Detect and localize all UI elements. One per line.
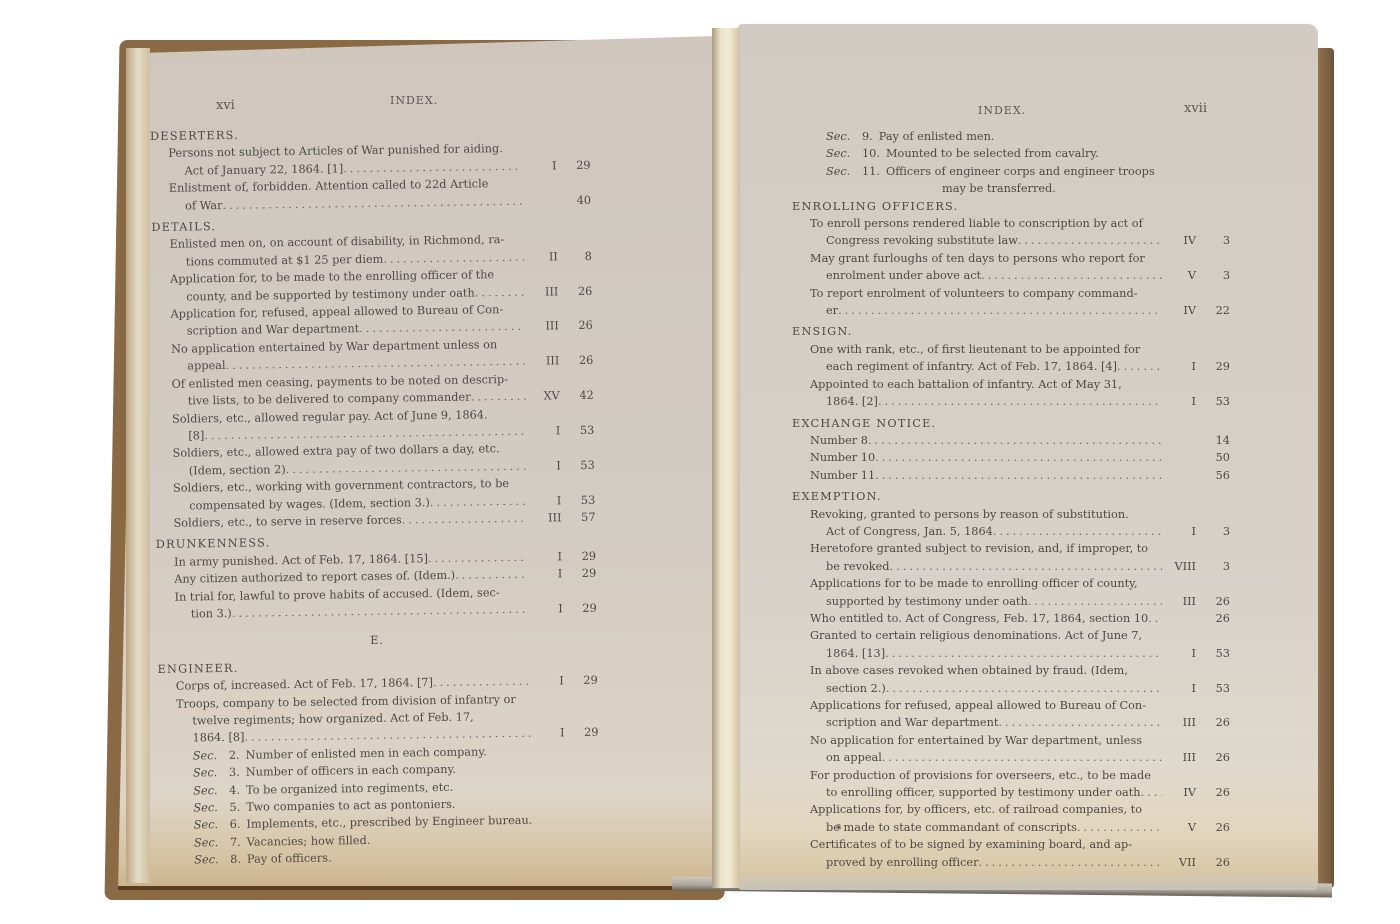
volume-number: I xyxy=(527,492,561,510)
index-entry: May grant furloughs of ten days to perso… xyxy=(792,250,1230,285)
index-entry: Granted to certain religious denominatio… xyxy=(792,627,1230,662)
index-entry: Troops, company to be selected from divi… xyxy=(158,689,599,747)
index-entry-line: In above cases revoked when obtained by … xyxy=(792,662,1230,679)
right-running-head: INDEX. xyxy=(978,104,1026,117)
index-entry: Number 1156 xyxy=(792,467,1230,484)
leader-dots xyxy=(885,645,1162,662)
entry-text: Granted to certain religious denominatio… xyxy=(810,627,1142,644)
entry-text: Applications for to be made to enrolling… xyxy=(810,575,1138,592)
volume-number: VIII xyxy=(1162,558,1196,575)
entry-text: Number 10 xyxy=(810,449,875,466)
entry-text: Applications for refused, appeal allowed… xyxy=(810,697,1146,714)
index-entry-line: be revokedVIII3 xyxy=(792,558,1230,575)
entry-text: (Idem, section 2) xyxy=(189,461,286,480)
leader-dots xyxy=(475,283,525,301)
leader-dots xyxy=(868,432,1162,449)
index-entry-line: Congress revoking substitute lawIV3 xyxy=(792,232,1230,249)
index-entry-line: Applications for refused, appeal allowed… xyxy=(792,697,1230,714)
entry-text: be made to state commandant of conscript… xyxy=(826,819,1077,836)
entry-text: supported by testimony under oath xyxy=(826,593,1028,610)
sec-number: 8. xyxy=(230,851,241,869)
section-heading: EXEMPTION. xyxy=(792,488,1230,505)
sec-label: Sec. xyxy=(826,163,862,180)
entry-text: 1864. [8] xyxy=(192,729,244,747)
volume-number: IV xyxy=(1162,784,1196,801)
leader-dots xyxy=(433,673,530,692)
volume-number xyxy=(1162,432,1196,449)
page-number: 40 xyxy=(557,191,591,209)
section-heading: ENROLLING OFFICERS. xyxy=(792,198,1230,215)
volume-number: I xyxy=(528,565,562,583)
sec-label: Sec. xyxy=(194,834,230,852)
index-entry: Number 1050 xyxy=(792,449,1230,466)
entry-text: Soldiers, etc., to serve in reserve forc… xyxy=(173,511,401,532)
sec-label: Sec. xyxy=(194,851,230,869)
volume-number: I xyxy=(1162,393,1196,410)
volume-number: I xyxy=(522,157,556,175)
section-heading: EXCHANGE NOTICE. xyxy=(792,415,1230,432)
page-number: 26 xyxy=(1196,749,1230,766)
entry-text: tion 3.) xyxy=(191,605,232,623)
index-entry-line: Number 1156 xyxy=(792,467,1230,484)
sub-section-continuation: may be transferred. xyxy=(792,180,1230,197)
leader-dots xyxy=(1117,358,1162,375)
entry-text: enrolment under above act xyxy=(826,267,981,284)
page-number: 53 xyxy=(1196,645,1230,662)
entry-text: Number 8 xyxy=(810,432,868,449)
volume-number: I xyxy=(1162,523,1196,540)
volume-number: III xyxy=(1162,749,1196,766)
index-entry-line: For production of provisions for oversee… xyxy=(792,767,1230,784)
page-number: 53 xyxy=(560,422,594,440)
page-number: 26 xyxy=(1196,714,1230,731)
sec-label: Sec. xyxy=(193,782,229,800)
page-number: 26 xyxy=(1196,784,1230,801)
sec-label: Sec. xyxy=(193,799,229,817)
sec-text: Pay of officers. xyxy=(247,850,332,869)
index-entry-line: erIV22 xyxy=(792,302,1230,319)
volume-number xyxy=(1162,467,1196,484)
index-entry: Number 814 xyxy=(792,432,1230,449)
leader-dots xyxy=(402,510,528,529)
index-entry-line: enrolment under above actV3 xyxy=(792,267,1230,284)
sec-number: 5. xyxy=(229,799,240,817)
entry-text: In above cases revoked when obtained by … xyxy=(810,662,1128,679)
entry-text: to enrolling officer, supported by testi… xyxy=(826,784,1141,801)
entry-text: Number 11 xyxy=(810,467,875,484)
entry-text: One with rank, etc., of first lieutenant… xyxy=(810,341,1140,358)
index-entry: To enroll persons rendered liable to con… xyxy=(792,215,1230,250)
index-entry-line: May grant furloughs of ten days to perso… xyxy=(792,250,1230,267)
entry-text: [8] xyxy=(188,427,204,445)
left-binding-strip xyxy=(126,48,150,883)
entry-text: Certificates of to be signed by examinin… xyxy=(810,836,1132,853)
entry-text: Congress revoking substitute law xyxy=(826,232,1018,249)
volume-number: I xyxy=(526,422,560,440)
sec-number: 10. xyxy=(862,145,880,162)
volume-number: I xyxy=(530,672,564,690)
index-entry: Applications for to be made to enrolling… xyxy=(792,575,1230,610)
sub-section-item: Sec.9.Pay of enlisted men. xyxy=(792,128,1230,145)
index-entry: Who entitled to. Act of Congress, Feb. 1… xyxy=(792,610,1230,627)
volume-number: XV xyxy=(526,387,560,405)
volume-number: III xyxy=(525,318,559,336)
leader-dots xyxy=(1141,784,1162,801)
sec-text: Vacancies; how filled. xyxy=(247,832,371,851)
sec-text: Pay of enlisted men. xyxy=(879,128,995,145)
left-running-head: INDEX. xyxy=(390,94,438,107)
entry-text: Appointed to each battalion of infantry.… xyxy=(810,376,1122,393)
right-index-column: Sec.9.Pay of enlisted men.Sec.10.Mounted… xyxy=(792,128,1230,875)
leader-dots xyxy=(1028,593,1162,610)
sec-number: 2. xyxy=(229,747,240,765)
page-number: 8 xyxy=(558,248,592,266)
entry-text: For production of provisions for oversee… xyxy=(810,767,1151,784)
section-heading: ENSIGN. xyxy=(792,323,1230,340)
leader-dots xyxy=(838,302,1162,319)
letter-divider: E. xyxy=(157,629,597,653)
index-entry-line: Applications for to be made to enrolling… xyxy=(792,575,1230,592)
sec-label: Sec. xyxy=(826,128,862,145)
sec-label: Sec. xyxy=(194,816,230,834)
index-entry-line: Act of Congress, Jan. 5, 1864I3 xyxy=(792,523,1230,540)
leader-dots xyxy=(875,449,1162,466)
volume-number: III xyxy=(1162,714,1196,731)
leader-dots xyxy=(1148,610,1162,627)
leader-dots xyxy=(430,492,528,511)
sec-text: Officers of engineer corps and engineer … xyxy=(886,163,1155,180)
open-book: xvi INDEX. INDEX. xvii DESERTERS.Persons… xyxy=(0,0,1400,924)
index-entry: One with rank, etc., of first lieutenant… xyxy=(792,341,1230,376)
index-entry: For production of provisions for oversee… xyxy=(792,767,1230,802)
page-number: 26 xyxy=(559,352,593,370)
index-entry-line: supported by testimony under oathIII26 xyxy=(792,593,1230,610)
sec-label: Sec. xyxy=(193,747,229,765)
index-entry-line: on appealIII26 xyxy=(792,749,1230,766)
entry-text: 1864. [2] xyxy=(826,393,878,410)
index-entry-line: scription and War departmentIII26 xyxy=(792,714,1230,731)
page-number: 29 xyxy=(562,565,596,583)
volume-number: I xyxy=(527,457,561,475)
index-entry-line: Certificates of to be signed by examinin… xyxy=(792,836,1230,853)
index-entry-line: Number 814 xyxy=(792,432,1230,449)
section-gap xyxy=(792,871,1230,875)
index-entry-line: To report enrolment of volunteers to com… xyxy=(792,285,1230,302)
page-number: 29 xyxy=(564,672,598,690)
leader-dots xyxy=(875,467,1162,484)
page-number: 3 xyxy=(1196,558,1230,575)
volume-number: V xyxy=(1162,819,1196,836)
page-number: 3 xyxy=(1196,232,1230,249)
page-number: 53 xyxy=(561,491,595,509)
leader-dots xyxy=(981,267,1162,284)
volume-number: III xyxy=(527,509,561,527)
volume-number xyxy=(523,192,557,210)
sec-label: Sec. xyxy=(193,764,229,782)
index-entry: Enlistment of, forbidden. Attention call… xyxy=(151,174,591,215)
page-number: 50 xyxy=(1196,449,1230,466)
volume-number: I xyxy=(528,548,562,566)
index-entry-line: each regiment of infantry. Act of Feb. 1… xyxy=(792,358,1230,375)
entry-text: be revoked xyxy=(826,558,890,575)
entry-text: To enroll persons rendered liable to con… xyxy=(810,215,1143,232)
volume-number: V xyxy=(1162,267,1196,284)
sub-section-item: Sec.11.Officers of engineer corps and en… xyxy=(792,163,1230,180)
entry-text: appeal xyxy=(187,357,225,375)
index-entry: No application for entertained by War de… xyxy=(792,732,1230,767)
index-entry-line: Who entitled to. Act of Congress, Feb. 1… xyxy=(792,610,1230,627)
volume-number: VII xyxy=(1162,854,1196,871)
left-index-column: DESERTERS.Persons not subject to Article… xyxy=(150,122,600,870)
index-entry: Certificates of to be signed by examinin… xyxy=(792,836,1230,871)
page-number: 29 xyxy=(564,724,598,742)
entry-text: scription and War department xyxy=(826,714,998,731)
entry-text: Revoking, granted to persons by reason o… xyxy=(810,506,1129,523)
index-entry: In above cases revoked when obtained by … xyxy=(792,662,1230,697)
leader-dots xyxy=(428,549,528,568)
sec-label: Sec. xyxy=(826,145,862,162)
entry-text: Heretofore granted subject to revision, … xyxy=(810,540,1148,557)
index-entry: Applications for, by officers, etc. of r… xyxy=(792,801,1230,836)
volume-number: IV xyxy=(1162,232,1196,249)
page-number: 53 xyxy=(561,457,595,475)
sub-section-item: Sec.10.Mounted to be selected from caval… xyxy=(792,145,1230,162)
page-number: 29 xyxy=(556,157,590,175)
volume-number xyxy=(1162,610,1196,627)
entry-text: Act of Congress, Jan. 5, 1864 xyxy=(826,523,993,540)
index-entry-line: One with rank, etc., of first lieutenant… xyxy=(792,341,1230,358)
gutter-strip xyxy=(712,28,740,888)
entry-text: Applications for, by officers, etc. of r… xyxy=(810,801,1142,818)
volume-number xyxy=(1162,449,1196,466)
index-entry: Appointed to each battalion of infantry.… xyxy=(792,376,1230,411)
page-number: 56 xyxy=(1196,467,1230,484)
sec-number: 3. xyxy=(229,764,240,782)
index-entry-line: Granted to certain religious denominatio… xyxy=(792,627,1230,644)
sec-number: 7. xyxy=(230,834,241,852)
volume-number: I xyxy=(1162,645,1196,662)
sec-text: Mounted to be selected from cavalry. xyxy=(886,145,1099,162)
leader-dots xyxy=(882,749,1162,766)
entry-text: To report enrolment of volunteers to com… xyxy=(810,285,1138,302)
entry-text: on appeal xyxy=(826,749,882,766)
index-entry-line: 1864. [13]I53 xyxy=(792,645,1230,662)
index-entry-line: Appointed to each battalion of infantry.… xyxy=(792,376,1230,393)
right-folio: xvii xyxy=(1184,101,1207,116)
sec-number: 9. xyxy=(862,128,873,145)
page-number: 3 xyxy=(1196,267,1230,284)
page-number: 26 xyxy=(1196,610,1230,627)
page-number: 57 xyxy=(561,509,595,527)
leader-dots xyxy=(1077,819,1162,836)
volume-number: II xyxy=(524,248,558,266)
index-entry-line: be made to state commandant of conscript… xyxy=(792,819,1230,836)
entry-text: No application for entertained by War de… xyxy=(810,732,1142,749)
volume-number: III xyxy=(1162,593,1196,610)
entry-text: Who entitled to. Act of Congress, Feb. 1… xyxy=(810,610,1148,627)
entry-text: May grant furloughs of ten days to perso… xyxy=(810,250,1145,267)
page-number: 26 xyxy=(1196,593,1230,610)
leader-dots xyxy=(455,566,528,584)
signature-mark: a xyxy=(836,822,841,832)
volume-number: I xyxy=(1162,358,1196,375)
volume-number: IV xyxy=(1162,302,1196,319)
page-number: 26 xyxy=(559,317,593,335)
volume-number: III xyxy=(525,353,559,371)
sec-number: 4. xyxy=(229,781,240,799)
index-entry-line: to enrolling officer, supported by testi… xyxy=(792,784,1230,801)
index-entry-line: section 2.)I53 xyxy=(792,680,1230,697)
index-entry-line: Heretofore granted subject to revision, … xyxy=(792,540,1230,557)
leader-dots xyxy=(383,249,524,268)
index-entry-line: Number 1050 xyxy=(792,449,1230,466)
page-number: 42 xyxy=(560,387,594,405)
page-number: 29 xyxy=(562,548,596,566)
leader-dots xyxy=(470,388,525,406)
page-number: 53 xyxy=(1196,680,1230,697)
entry-text: each regiment of infantry. Act of Feb. 1… xyxy=(826,358,1117,375)
leader-dots xyxy=(978,854,1162,871)
index-entry-line: proved by enrolling officerVII26 xyxy=(792,854,1230,871)
page-number: 26 xyxy=(1196,819,1230,836)
sec-number: 11. xyxy=(862,163,880,180)
index-entry-line: No application for entertained by War de… xyxy=(792,732,1230,749)
entry-text: of War xyxy=(185,197,223,215)
page-number: 53 xyxy=(1196,393,1230,410)
index-entry: To report enrolment of volunteers to com… xyxy=(792,285,1230,320)
entry-text: 1864. [13] xyxy=(826,645,885,662)
page-number: 26 xyxy=(1196,854,1230,871)
left-folio: xvi xyxy=(216,98,235,113)
volume-number: III xyxy=(524,283,558,301)
leader-dots xyxy=(993,523,1162,540)
page-number: 3 xyxy=(1196,523,1230,540)
sec-number: 6. xyxy=(230,816,241,834)
index-entry-line: 1864. [2]I53 xyxy=(792,393,1230,410)
entry-text: Act of January 22, 1864. [1] xyxy=(184,160,343,180)
leader-dots xyxy=(886,680,1162,697)
index-entry: Applications for refused, appeal allowed… xyxy=(792,697,1230,732)
entry-text: er xyxy=(826,302,838,319)
volume-number: I xyxy=(529,600,563,618)
entry-text: section 2.) xyxy=(826,680,886,697)
volume-number: I xyxy=(530,725,564,743)
index-entry: In trial for, lawful to prove habits of … xyxy=(156,582,596,623)
index-entry: Heretofore granted subject to revision, … xyxy=(792,540,1230,575)
page-number: 29 xyxy=(563,600,597,618)
volume-number: I xyxy=(1162,680,1196,697)
page-number: 26 xyxy=(558,282,592,300)
leader-dots xyxy=(1018,232,1162,249)
leader-dots xyxy=(890,558,1162,575)
index-entry-line: Revoking, granted to persons by reason o… xyxy=(792,506,1230,523)
leader-dots xyxy=(998,714,1162,731)
index-entry: Revoking, granted to persons by reason o… xyxy=(792,506,1230,541)
index-entry-line: To enroll persons rendered liable to con… xyxy=(792,215,1230,232)
page-number: 29 xyxy=(1196,358,1230,375)
entry-text: proved by enrolling officer xyxy=(826,854,978,871)
page-number: 14 xyxy=(1196,432,1230,449)
page-number: 22 xyxy=(1196,302,1230,319)
index-entry-line: Applications for, by officers, etc. of r… xyxy=(792,801,1230,818)
leader-dots xyxy=(878,393,1162,410)
